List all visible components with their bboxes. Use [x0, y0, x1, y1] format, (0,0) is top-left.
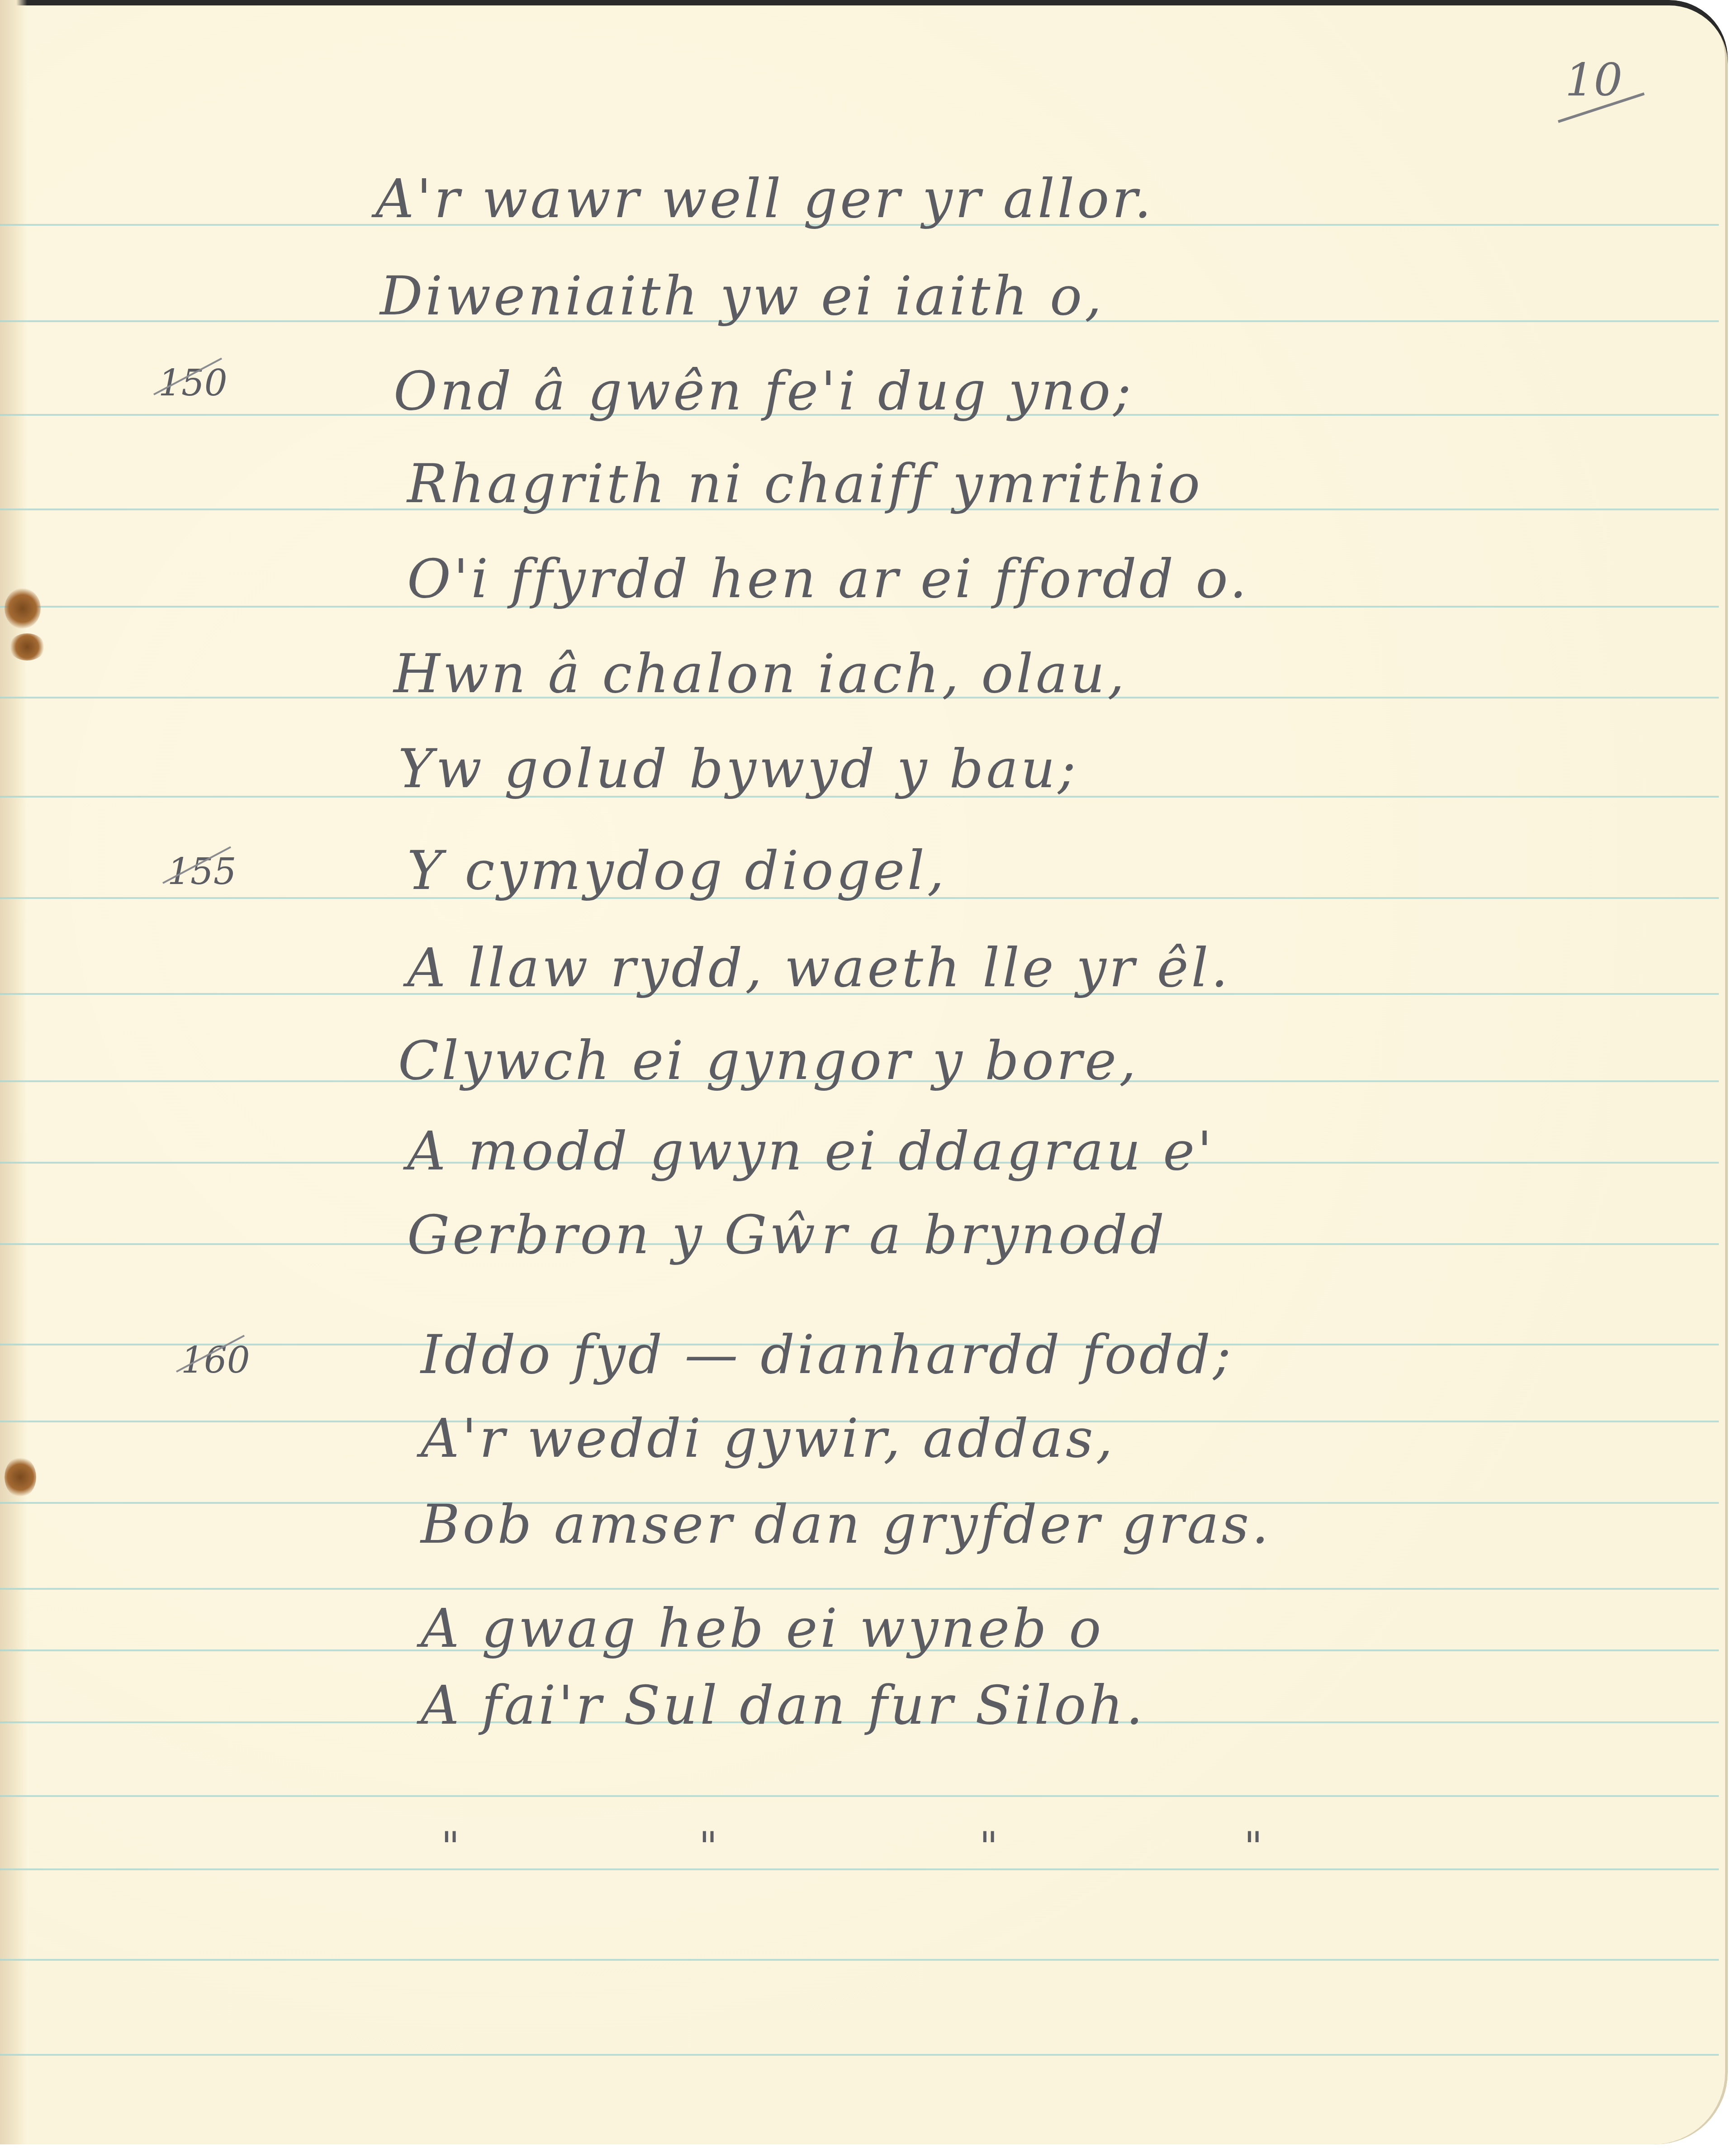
verse-line: Clywch ei gyngor y bore, — [398, 1029, 1139, 1092]
verse-line: Diweniaith yw ei iaith o, — [380, 265, 1105, 327]
notebook-page: 10 150 155 160 A'r wawr well ger yr allo… — [0, 0, 1728, 2144]
verse-line: Y cymydog diogel, — [407, 839, 947, 902]
margin-line-number: 150 — [158, 362, 228, 404]
ruled-line — [0, 2054, 1719, 2056]
verse-line: Rhagrith ni chaiff ymrithio — [407, 452, 1203, 515]
verse-line: Bob amser dan gryfder gras. — [421, 1493, 1271, 1555]
margin-line-number: 155 — [167, 851, 237, 893]
verse-line: A llaw rydd, waeth lle yr êl. — [407, 936, 1231, 999]
verse-line: Iddo fyd — dianhardd fodd; — [421, 1323, 1234, 1386]
verse-line: Ond â gwên fe'i dug yno; — [394, 360, 1134, 422]
ditto-mark: " — [1244, 1823, 1262, 1871]
ruled-line — [0, 1588, 1719, 1590]
verse-line: A'r weddi gywir, addas, — [421, 1407, 1115, 1469]
ditto-mark: " — [699, 1823, 717, 1871]
rust-stain — [5, 588, 41, 629]
verse-line: A fai'r Sul dan fur Siloh. — [421, 1674, 1146, 1736]
margin-line-number: 160 — [181, 1339, 250, 1381]
verse-line: A'r wawr well ger yr allor. — [375, 167, 1154, 230]
ditto-mark: " — [441, 1823, 460, 1871]
page-number: 10 — [1565, 53, 1622, 106]
rust-stain — [5, 1457, 36, 1497]
ruled-line — [0, 1959, 1719, 1961]
verse-line: Hwn â chalon iach, olau, — [394, 642, 1127, 705]
verse-line: Yw golud bywyd y bau; — [398, 737, 1079, 800]
ditto-mark: " — [979, 1823, 998, 1871]
rust-stain — [9, 633, 45, 661]
ruled-line — [0, 1868, 1719, 1870]
verse-line: Gerbron y Gŵr a brynodd — [407, 1203, 1167, 1266]
ruled-line — [0, 1795, 1719, 1797]
verse-line: A modd gwyn ei ddagrau e' — [407, 1120, 1215, 1182]
verse-line: A gwag heb ei wyneb o — [421, 1597, 1104, 1659]
verse-line: O'i ffyrdd hen ar ei ffordd o. — [407, 547, 1249, 610]
